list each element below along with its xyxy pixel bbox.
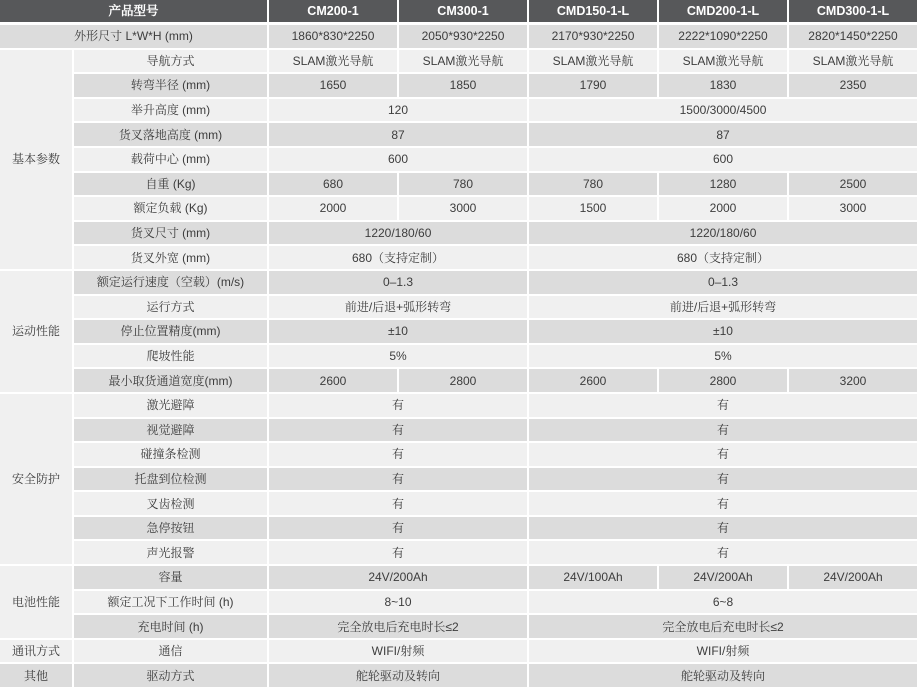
table-row: 运动性能额定运行速度（空载）(m/s)0–1.30–1.3 bbox=[0, 270, 918, 295]
spec-value-cell: 5% bbox=[268, 344, 528, 369]
table-row: 额定工况下工作时间 (h)8~106~8 bbox=[0, 590, 918, 615]
table-row: 其他驱动方式舵轮驱动及转向舵轮驱动及转向 bbox=[0, 663, 918, 688]
spec-value-cell: WIFI/射频 bbox=[268, 639, 528, 664]
spec-label-cell: 货叉落地高度 (mm) bbox=[73, 122, 268, 147]
table-row: 停止位置精度(mm)±10±10 bbox=[0, 319, 918, 344]
spec-value-cell: SLAM激光导航 bbox=[788, 49, 918, 74]
spec-value-cell: 完全放电后充电时长≤2 bbox=[268, 614, 528, 639]
spec-label-cell: 货叉外宽 (mm) bbox=[73, 245, 268, 270]
spec-label-cell: 额定工况下工作时间 (h) bbox=[73, 590, 268, 615]
spec-label-cell: 举升高度 (mm) bbox=[73, 98, 268, 123]
spec-value-cell: 2350 bbox=[788, 73, 918, 98]
spec-value-cell: 87 bbox=[268, 122, 528, 147]
header-model-cell: CM200-1 bbox=[268, 0, 398, 24]
spec-value-cell: 1860*830*2250 bbox=[268, 24, 398, 49]
spec-value-cell: 舵轮驱动及转向 bbox=[528, 663, 918, 688]
header-row: 产品型号CM200-1CM300-1CMD150-1-LCMD200-1-LCM… bbox=[0, 0, 918, 24]
table-row: 额定负载 (Kg)20003000150020003000 bbox=[0, 196, 918, 221]
table-row: 货叉落地高度 (mm)8787 bbox=[0, 122, 918, 147]
spec-value-cell: 有 bbox=[268, 442, 528, 467]
spec-label-cell: 视觉避障 bbox=[73, 418, 268, 443]
spec-value-cell: 有 bbox=[268, 516, 528, 541]
spec-label-cell: 运行方式 bbox=[73, 295, 268, 320]
spec-value-cell: 1830 bbox=[658, 73, 788, 98]
spec-table-body: 外形尺寸 L*W*H (mm)1860*830*22502050*930*225… bbox=[0, 24, 918, 689]
category-cell: 通讯方式 bbox=[0, 639, 73, 664]
header-model-cell: CMD200-1-L bbox=[658, 0, 788, 24]
spec-label-cell: 导航方式 bbox=[73, 49, 268, 74]
spec-value-cell: WIFI/射频 bbox=[528, 639, 918, 664]
spec-value-cell: 有 bbox=[268, 393, 528, 418]
spec-value-cell: 680 bbox=[268, 172, 398, 197]
spec-value-cell: 有 bbox=[268, 540, 528, 565]
table-row: 安全防护激光避障有有 bbox=[0, 393, 918, 418]
spec-value-cell: 有 bbox=[528, 418, 918, 443]
table-row: 急停按钮有有 bbox=[0, 516, 918, 541]
spec-value-cell: 2820*1450*2250 bbox=[788, 24, 918, 49]
spec-value-cell: 1850 bbox=[398, 73, 528, 98]
spec-value-cell: 有 bbox=[268, 467, 528, 492]
spec-value-cell: 2000 bbox=[658, 196, 788, 221]
table-row: 最小取货通道宽度(mm)26002800260028003200 bbox=[0, 368, 918, 393]
header-model-cell: CMD300-1-L bbox=[788, 0, 918, 24]
spec-value-cell: 6~8 bbox=[528, 590, 918, 615]
spec-value-cell: 1500 bbox=[528, 196, 658, 221]
table-row: 货叉尺寸 (mm)1220/180/601220/180/60 bbox=[0, 221, 918, 246]
spec-label-cell: 停止位置精度(mm) bbox=[73, 319, 268, 344]
header-model-cell: CMD150-1-L bbox=[528, 0, 658, 24]
spec-label-cell: 额定运行速度（空载）(m/s) bbox=[73, 270, 268, 295]
spec-value-cell: 680（支持定制） bbox=[528, 245, 918, 270]
spec-table: 产品型号CM200-1CM300-1CMD150-1-LCMD200-1-LCM… bbox=[0, 0, 918, 689]
spec-value-cell: 有 bbox=[528, 467, 918, 492]
category-cell: 运动性能 bbox=[0, 270, 73, 393]
table-row: 碰撞条检测有有 bbox=[0, 442, 918, 467]
spec-value-cell: 87 bbox=[528, 122, 918, 147]
spec-value-cell: 780 bbox=[528, 172, 658, 197]
spec-value-cell: 1280 bbox=[658, 172, 788, 197]
spec-value-cell: 2500 bbox=[788, 172, 918, 197]
spec-value-cell: 有 bbox=[528, 442, 918, 467]
spec-value-cell: 2050*930*2250 bbox=[398, 24, 528, 49]
table-row: 外形尺寸 L*W*H (mm)1860*830*22502050*930*225… bbox=[0, 24, 918, 49]
spec-value-cell: 有 bbox=[528, 540, 918, 565]
spec-label-cell: 声光报警 bbox=[73, 540, 268, 565]
spec-label-cell: 驱动方式 bbox=[73, 663, 268, 688]
table-row: 充电时间 (h)完全放电后充电时长≤2完全放电后充电时长≤2 bbox=[0, 614, 918, 639]
spec-value-cell: 0–1.3 bbox=[528, 270, 918, 295]
spec-value-cell: SLAM激光导航 bbox=[528, 49, 658, 74]
spec-value-cell: 舵轮驱动及转向 bbox=[268, 663, 528, 688]
spec-label-cell: 托盘到位检测 bbox=[73, 467, 268, 492]
spec-value-cell: 1220/180/60 bbox=[268, 221, 528, 246]
spec-value-cell: 2000 bbox=[268, 196, 398, 221]
spec-value-cell: 前进/后退+弧形转弯 bbox=[268, 295, 528, 320]
spec-value-cell: 有 bbox=[528, 516, 918, 541]
category-cell: 基本参数 bbox=[0, 49, 73, 270]
spec-value-cell: 有 bbox=[268, 491, 528, 516]
spec-label-cell: 激光避障 bbox=[73, 393, 268, 418]
table-row: 声光报警有有 bbox=[0, 540, 918, 565]
table-row: 举升高度 (mm)1201500/3000/4500 bbox=[0, 98, 918, 123]
spec-label-cell: 货叉尺寸 (mm) bbox=[73, 221, 268, 246]
spec-value-cell: 24V/200Ah bbox=[788, 565, 918, 590]
spec-label-cell: 碰撞条检测 bbox=[73, 442, 268, 467]
header-model-cell: CM300-1 bbox=[398, 0, 528, 24]
spec-label-cell: 爬坡性能 bbox=[73, 344, 268, 369]
table-row: 载荷中心 (mm)600600 bbox=[0, 147, 918, 172]
spec-value-cell: 2600 bbox=[528, 368, 658, 393]
category-cell: 其他 bbox=[0, 663, 73, 688]
table-row: 托盘到位检测有有 bbox=[0, 467, 918, 492]
spec-label-cell: 最小取货通道宽度(mm) bbox=[73, 368, 268, 393]
spec-value-cell: 有 bbox=[528, 393, 918, 418]
spec-value-cell: 680（支持定制） bbox=[268, 245, 528, 270]
table-row: 爬坡性能5%5% bbox=[0, 344, 918, 369]
spec-label-cell: 充电时间 (h) bbox=[73, 614, 268, 639]
spec-value-cell: ±10 bbox=[528, 319, 918, 344]
spec-value-cell: ±10 bbox=[268, 319, 528, 344]
spec-value-cell: 780 bbox=[398, 172, 528, 197]
spec-value-cell: 5% bbox=[528, 344, 918, 369]
spec-label-cell: 通信 bbox=[73, 639, 268, 664]
spec-value-cell: 2800 bbox=[398, 368, 528, 393]
spec-value-cell: SLAM激光导航 bbox=[268, 49, 398, 74]
category-cell: 电池性能 bbox=[0, 565, 73, 639]
spec-label-cell: 外形尺寸 L*W*H (mm) bbox=[0, 24, 268, 49]
spec-label-cell: 急停按钮 bbox=[73, 516, 268, 541]
spec-label-cell: 容量 bbox=[73, 565, 268, 590]
spec-value-cell: 24V/100Ah bbox=[528, 565, 658, 590]
spec-value-cell: 3000 bbox=[398, 196, 528, 221]
table-row: 货叉外宽 (mm)680（支持定制）680（支持定制） bbox=[0, 245, 918, 270]
spec-table-header: 产品型号CM200-1CM300-1CMD150-1-LCMD200-1-LCM… bbox=[0, 0, 918, 24]
spec-value-cell: 1650 bbox=[268, 73, 398, 98]
table-row: 叉齿检测有有 bbox=[0, 491, 918, 516]
spec-value-cell: 600 bbox=[268, 147, 528, 172]
spec-value-cell: 2800 bbox=[658, 368, 788, 393]
spec-label-cell: 转弯半径 (mm) bbox=[73, 73, 268, 98]
spec-value-cell: SLAM激光导航 bbox=[398, 49, 528, 74]
table-row: 运行方式前进/后退+弧形转弯前进/后退+弧形转弯 bbox=[0, 295, 918, 320]
spec-label-cell: 自重 (Kg) bbox=[73, 172, 268, 197]
spec-label-cell: 叉齿检测 bbox=[73, 491, 268, 516]
table-row: 电池性能容量24V/200Ah24V/100Ah24V/200Ah24V/200… bbox=[0, 565, 918, 590]
spec-value-cell: 24V/200Ah bbox=[658, 565, 788, 590]
spec-value-cell: 1790 bbox=[528, 73, 658, 98]
spec-value-cell: 前进/后退+弧形转弯 bbox=[528, 295, 918, 320]
spec-value-cell: 2600 bbox=[268, 368, 398, 393]
spec-value-cell: 3200 bbox=[788, 368, 918, 393]
spec-value-cell: 600 bbox=[528, 147, 918, 172]
spec-value-cell: 120 bbox=[268, 98, 528, 123]
spec-value-cell: 1220/180/60 bbox=[528, 221, 918, 246]
spec-value-cell: 有 bbox=[268, 418, 528, 443]
spec-value-cell: SLAM激光导航 bbox=[658, 49, 788, 74]
table-row: 转弯半径 (mm)16501850179018302350 bbox=[0, 73, 918, 98]
spec-value-cell: 0–1.3 bbox=[268, 270, 528, 295]
spec-value-cell: 完全放电后充电时长≤2 bbox=[528, 614, 918, 639]
spec-value-cell: 2170*930*2250 bbox=[528, 24, 658, 49]
spec-value-cell: 有 bbox=[528, 491, 918, 516]
spec-value-cell: 1500/3000/4500 bbox=[528, 98, 918, 123]
category-cell: 安全防护 bbox=[0, 393, 73, 565]
table-row: 通讯方式通信WIFI/射频WIFI/射频 bbox=[0, 639, 918, 664]
table-row: 基本参数导航方式SLAM激光导航SLAM激光导航SLAM激光导航SLAM激光导航… bbox=[0, 49, 918, 74]
table-row: 自重 (Kg)68078078012802500 bbox=[0, 172, 918, 197]
spec-value-cell: 3000 bbox=[788, 196, 918, 221]
spec-label-cell: 额定负载 (Kg) bbox=[73, 196, 268, 221]
spec-value-cell: 8~10 bbox=[268, 590, 528, 615]
header-product-label-cell: 产品型号 bbox=[0, 0, 268, 24]
spec-label-cell: 载荷中心 (mm) bbox=[73, 147, 268, 172]
spec-value-cell: 24V/200Ah bbox=[268, 565, 528, 590]
spec-value-cell: 2222*1090*2250 bbox=[658, 24, 788, 49]
spec-sheet: 产品型号CM200-1CM300-1CMD150-1-LCMD200-1-LCM… bbox=[0, 0, 918, 689]
table-row: 视觉避障有有 bbox=[0, 418, 918, 443]
